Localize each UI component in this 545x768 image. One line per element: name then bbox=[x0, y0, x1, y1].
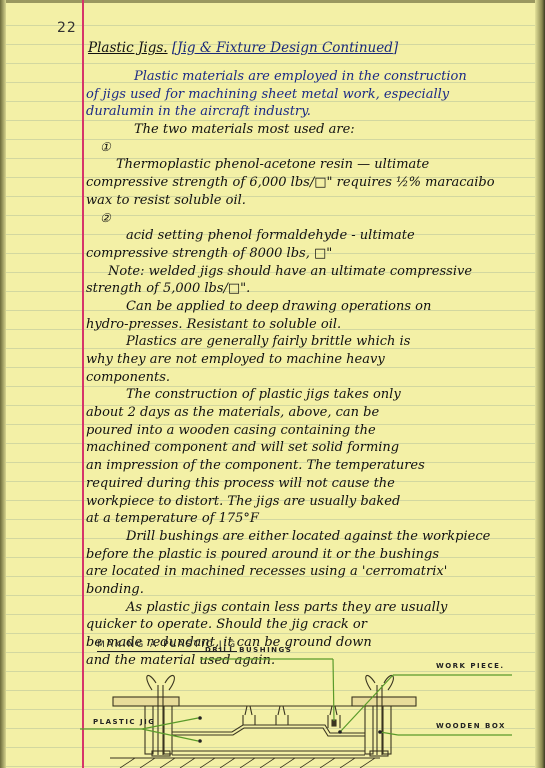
text-line: Plastic materials are employed in the co… bbox=[86, 68, 534, 86]
label-wooden-box: WOODEN BOX bbox=[436, 722, 506, 730]
text-line: Thermoplastic phenol-acetone resin — ult… bbox=[86, 156, 534, 174]
text-line: acid setting phenol formaldehyde - ultim… bbox=[86, 227, 534, 245]
jig-cross-section-drawing bbox=[80, 655, 540, 768]
text-line: compressive strength of 6,000 lbs/□" req… bbox=[86, 174, 534, 192]
text-line: workpiece to distort. The jigs are usual… bbox=[86, 493, 534, 511]
title-main: Plastic Jigs. bbox=[88, 40, 168, 56]
subtitle-text: Jig & Fixture Design Continued bbox=[177, 40, 393, 56]
page-title: Plastic Jigs. [Jig & Fixture Design Cont… bbox=[88, 40, 398, 56]
title-subtitle: [Jig & Fixture Design Continued] bbox=[172, 40, 398, 56]
page-number: 22 bbox=[57, 20, 77, 36]
text-line: strength of 5,000 lbs/□". bbox=[86, 280, 534, 298]
text-line: about 2 days as the materials, above, ca… bbox=[86, 404, 534, 422]
text-line: at a temperature of 175°F bbox=[86, 510, 534, 528]
plastic-jig-diagram: DRILL BUSHINGS WORK PIECE. PLASTIC JIG W… bbox=[80, 655, 540, 768]
text-line: Can be applied to deep drawing operation… bbox=[86, 298, 534, 316]
text-line: The construction of plastic jigs takes o… bbox=[86, 386, 534, 404]
page-left-edge bbox=[0, 0, 6, 768]
text-line: compressive strength of 8000 lbs, □" bbox=[86, 245, 534, 263]
text-line: are located in machined recesses using a… bbox=[86, 563, 534, 581]
text-line: duralumin in the aircraft industry. bbox=[86, 103, 534, 121]
notebook-page: 22 Plastic Jigs. [Jig & Fixture Design C… bbox=[0, 0, 545, 768]
label-plastic-jig: PLASTIC JIG bbox=[93, 718, 155, 726]
text-line: As plastic jigs contain less parts they … bbox=[86, 599, 534, 617]
text-line: why they are not employed to machine hea… bbox=[86, 351, 534, 369]
text-line: Plastics are generally fairly brittle wh… bbox=[86, 333, 534, 351]
text-line: Drill bushings are either located agains… bbox=[86, 528, 534, 546]
page-right-edge bbox=[535, 0, 545, 768]
label-drill-bushings: DRILL BUSHINGS bbox=[205, 646, 292, 654]
list-number-1: ① bbox=[86, 139, 534, 157]
text-line: machined component and will set solid fo… bbox=[86, 439, 534, 457]
body-text: Plastic materials are employed in the co… bbox=[86, 68, 534, 669]
text-line: quicker to operate. Should the jig crack… bbox=[86, 616, 534, 634]
margin-rule bbox=[82, 0, 84, 768]
text-line: components. bbox=[86, 369, 534, 387]
text-line: wax to resist soluble oil. bbox=[86, 192, 534, 210]
text-line: Note: welded jigs should have an ultimat… bbox=[86, 263, 534, 281]
text-line: before the plastic is poured around it o… bbox=[86, 546, 534, 564]
text-line: poured into a wooden casing containing t… bbox=[86, 422, 534, 440]
text-line: required during this process will not ca… bbox=[86, 475, 534, 493]
list-number-2: ② bbox=[86, 210, 534, 228]
text-line: an impression of the component. The temp… bbox=[86, 457, 534, 475]
text-line: The two materials most used are: bbox=[86, 121, 534, 139]
text-line: bonding. bbox=[86, 581, 534, 599]
text-line: of jigs used for machining sheet metal w… bbox=[86, 86, 534, 104]
label-work-piece: WORK PIECE. bbox=[436, 662, 505, 670]
text-line: hydro-presses. Resistant to soluble oil. bbox=[86, 316, 534, 334]
